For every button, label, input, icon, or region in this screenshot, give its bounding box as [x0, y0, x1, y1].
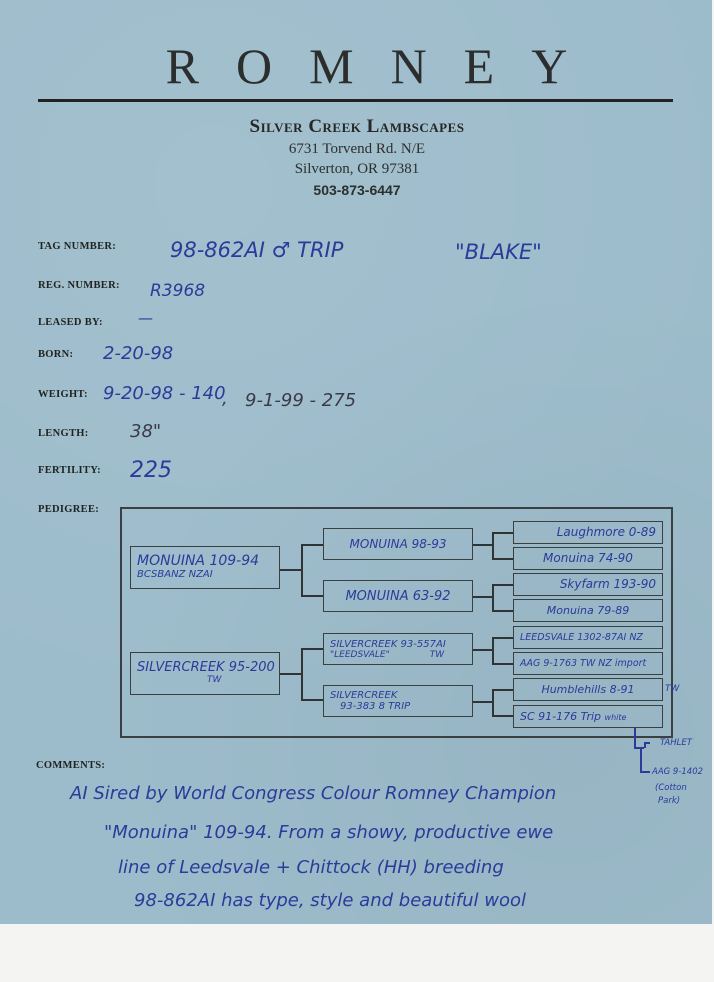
- pedigree-ggp-7: Humblehills 8-91: [513, 678, 663, 701]
- connector: [473, 701, 493, 703]
- phone-number: 503-873-6447: [0, 182, 714, 198]
- reg-number-value: R3968: [150, 281, 205, 301]
- ggp-8-name: SC 91-176 Trip white: [520, 710, 626, 724]
- annotation-line: [640, 771, 650, 773]
- dam-note: TW: [207, 674, 221, 687]
- ggp-6-name: AAG 9-1763 TW NZ import: [520, 657, 646, 670]
- ggp-2-name: Monuina 74-90: [543, 552, 633, 565]
- ggp-5-name: LEEDSVALE 1302-87AI NZ: [520, 631, 643, 644]
- tag-number-value: 98-862AI ♂ TRIP: [170, 238, 343, 262]
- sire-note: BCSBANZ NZAI: [137, 568, 273, 581]
- leased-by-value: —: [138, 309, 153, 327]
- connector: [492, 532, 494, 559]
- pedigree-ggp-2: Monuina 74-90: [513, 547, 663, 570]
- comment-line-4: 98-862AI has type, style and beautiful w…: [134, 890, 526, 911]
- pedigree-ggp-5: LEEDSVALE 1302-87AI NZ: [513, 626, 663, 649]
- dam-sire-alias: "LEEDSVALE"TW: [330, 650, 444, 660]
- connector: [301, 544, 323, 546]
- born-label: BORN:: [38, 349, 73, 360]
- weight-label: WEIGHT:: [38, 389, 88, 400]
- connector: [492, 584, 494, 611]
- born-value: 2-20-98: [103, 343, 173, 364]
- pedigree-ggp-6: AAG 9-1763 TW NZ import: [513, 652, 663, 675]
- animal-name: "BLAKE": [455, 240, 542, 264]
- connector: [301, 595, 323, 597]
- pedigree-label: PEDIGREE:: [38, 504, 99, 515]
- connector: [473, 596, 493, 598]
- fertility-label: FERTILITY:: [38, 465, 101, 476]
- length-label: LENGTH:: [38, 428, 89, 439]
- connector: [492, 558, 513, 560]
- length-value: 38": [130, 421, 161, 442]
- sire-sire-name: MONUINA 98-93: [350, 538, 447, 551]
- comment-line-1: AI Sired by World Congress Colour Romney…: [70, 783, 556, 804]
- connector: [473, 649, 493, 651]
- connector: [492, 689, 494, 716]
- connector: [301, 648, 323, 650]
- side-note-dam: AAG 9-1402: [652, 767, 703, 777]
- connector: [280, 569, 302, 571]
- pedigree-dam-dam: SILVERCREEK 93-383 8 TRIP: [323, 685, 473, 717]
- pedigree-dam-sire: SILVERCREEK 93-557AI "LEEDSVALE"TW: [323, 633, 473, 665]
- dam-sire-name: SILVERCREEK 93-557AI: [330, 639, 446, 650]
- weight-value-1: 9-20-98 - 140: [103, 383, 226, 404]
- dam-dam-id: 93-383 8 TRIP: [340, 701, 410, 712]
- connector: [492, 663, 513, 665]
- weight-separator: ,: [222, 388, 228, 409]
- pedigree-sire-sire: MONUINA 98-93: [323, 528, 473, 560]
- connector: [492, 584, 513, 586]
- connector: [301, 699, 323, 701]
- dam-dam-name: SILVERCREEK: [330, 690, 397, 701]
- connector: [492, 715, 513, 717]
- connector: [280, 673, 302, 675]
- fertility-value: 225: [130, 458, 172, 483]
- pedigree-sire: MONUINA 109-94 BCSBANZ NZAI: [130, 546, 280, 589]
- pedigree-ggp-8: SC 91-176 Trip white: [513, 705, 663, 728]
- side-note-farm-2: Park): [658, 796, 680, 806]
- pedigree-ggp-1: Laughmore 0-89: [513, 521, 663, 544]
- connector: [492, 610, 513, 612]
- ggp-1-name: Laughmore 0-89: [557, 526, 656, 539]
- connector: [473, 544, 493, 546]
- side-note-sire: TAHLET: [660, 738, 692, 748]
- pedigree-ggp-3: Skyfarm 193-90: [513, 573, 663, 596]
- tag-number-label: TAG NUMBER:: [38, 241, 116, 252]
- pedigree-sire-dam: MONUINA 63-92: [323, 580, 473, 612]
- address-line-2: Silverton, OR 97381: [0, 161, 714, 178]
- comments-label: COMMENTS:: [36, 760, 105, 771]
- annotation-line: [634, 728, 636, 748]
- sire-dam-name: MONUINA 63-92: [345, 590, 450, 603]
- side-note-farm-1: (Cotton: [655, 783, 687, 793]
- annotation-line: [634, 747, 644, 749]
- connector: [301, 544, 303, 596]
- connector: [492, 637, 513, 639]
- leased-by-label: LEASED BY:: [38, 317, 103, 328]
- connector: [492, 637, 494, 664]
- address-line-1: 6731 Torvend Rd. N/E: [0, 141, 714, 158]
- dam-name: SILVERCREEK 95-200: [137, 661, 275, 674]
- connector: [301, 648, 303, 700]
- connector: [492, 532, 513, 534]
- ggp-7-name: Humblehills 8-91: [541, 683, 634, 696]
- annotation-line: [640, 748, 642, 772]
- comment-line-2: "Monuina" 109-94. From a showy, producti…: [104, 822, 553, 843]
- reg-number-label: REG. NUMBER:: [38, 280, 120, 291]
- ggp-7-note: TW: [665, 684, 679, 694]
- pedigree-ggp-4: Monuina 79-89: [513, 599, 663, 622]
- header-divider: [38, 99, 673, 102]
- weight-value-2: 9-1-99 - 275: [245, 390, 356, 411]
- sire-name: MONUINA 109-94: [137, 555, 273, 568]
- breed-title: ROMNEY: [0, 36, 714, 96]
- ggp-4-name: Monuina 79-89: [547, 604, 629, 617]
- pedigree-dam: SILVERCREEK 95-200 TW: [130, 652, 280, 695]
- connector: [492, 689, 513, 691]
- comment-line-3: line of Leedsvale + Chittock (HH) breedi…: [118, 857, 504, 878]
- farm-name: Silver Creek Lambscapes: [0, 116, 714, 138]
- ggp-3-name: Skyfarm 193-90: [560, 578, 656, 591]
- annotation-line: [644, 742, 650, 744]
